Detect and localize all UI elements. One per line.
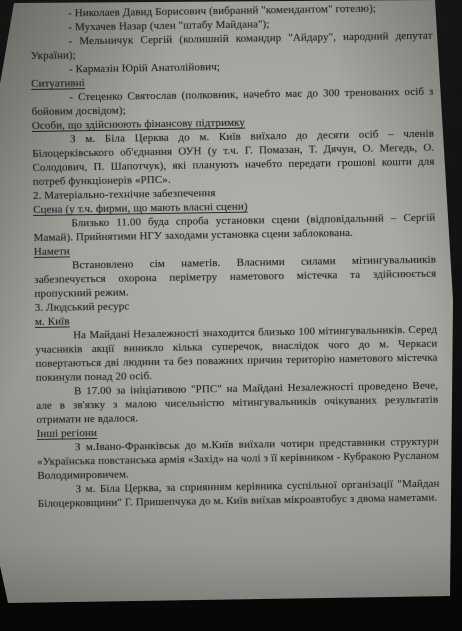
paragraph-tents: Встановлено сім наметів. Власними силами… (34, 253, 437, 301)
paragraph-bila-tserkva-oun: З м. Біла Церква до м. Київ виїхало до д… (32, 127, 435, 189)
paragraph-ivano-frankivsk: З м.Івано-Франківськ до м.Київ виїхали ч… (37, 435, 440, 483)
photo-background: - Николаев Давид Борисович (вибраний "ко… (0, 0, 462, 631)
paragraph-viche: В 17.00 за ініціативою "РПС" на Майдані … (36, 379, 439, 427)
document-text: - Николаев Давид Борисович (вибраний "ко… (30, 1, 440, 511)
paragraph-maidan-numbers: На Майдані Незалежності знаходится близь… (35, 323, 438, 385)
